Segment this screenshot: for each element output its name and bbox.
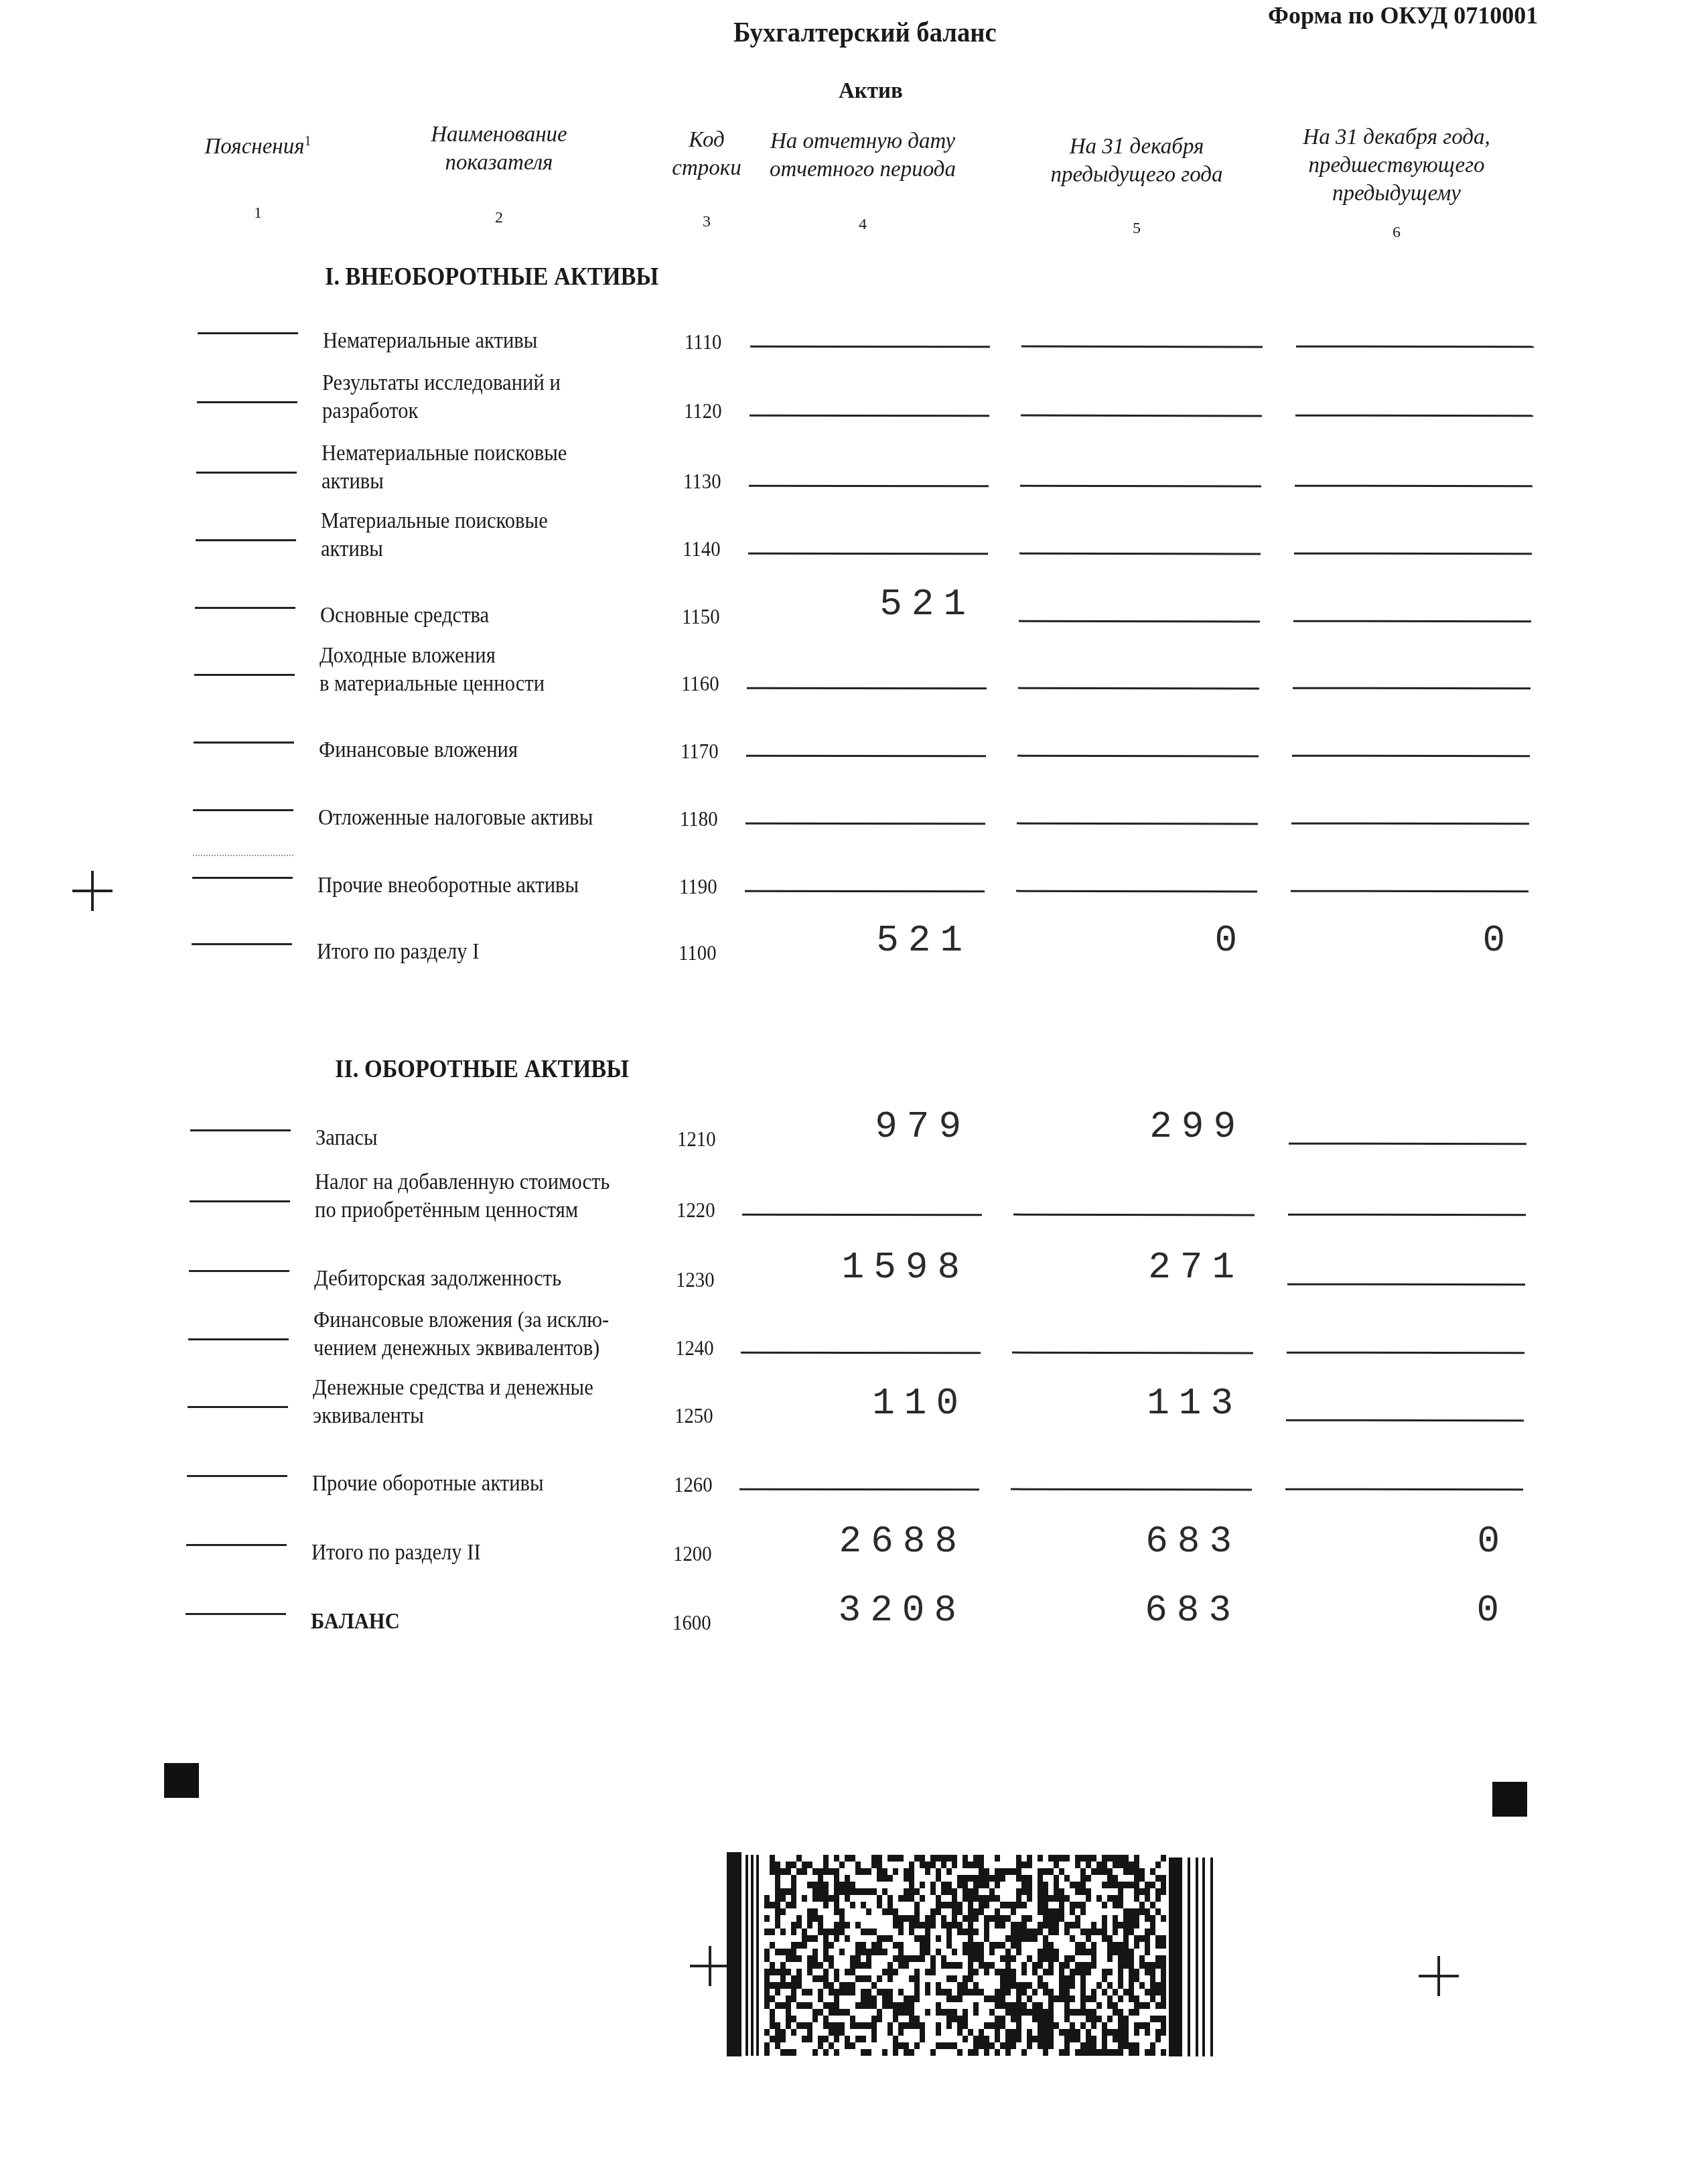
cell-current-empty[interactable] — [742, 1214, 982, 1216]
column-number: 1 — [244, 204, 271, 222]
row-label-line: Налог на добавленную стоимость — [315, 1168, 610, 1196]
cell-prev[interactable]: 299 — [843, 1105, 1245, 1148]
crosshair-icon — [690, 1946, 730, 1986]
cell-prev2-empty[interactable] — [1295, 415, 1533, 417]
dotted-separator — [193, 855, 293, 856]
row-label-line: по приобретённым ценностям — [315, 1196, 610, 1224]
cell-current-empty[interactable] — [746, 755, 986, 758]
row-label-line: активы — [322, 468, 567, 496]
row-code: 1240 — [675, 1336, 714, 1360]
row-label-line: Запасы — [315, 1124, 378, 1152]
row-code: 1170 — [681, 739, 719, 764]
row-label-line: разработок — [322, 397, 561, 425]
explanation-field[interactable] — [190, 1200, 290, 1202]
explanation-field[interactable] — [198, 332, 298, 334]
row-label: Нематериальные поисковыеактивы — [322, 439, 567, 496]
row-code: 1130 — [683, 469, 721, 494]
row-label-line: активы — [321, 535, 548, 563]
explanation-field[interactable] — [196, 539, 296, 541]
cell-prev-empty[interactable] — [1019, 620, 1260, 623]
cell-prev2-empty[interactable] — [1291, 890, 1528, 893]
row-label-line: Основные средства — [320, 602, 489, 630]
column-header-6: На 31 декабря года,предшествующегопредыд… — [1229, 123, 1564, 208]
cell-prev2[interactable]: 0 — [1107, 1589, 1508, 1632]
cell-prev-empty[interactable] — [1021, 346, 1263, 348]
cell-prev2-empty[interactable] — [1294, 553, 1532, 555]
cell-prev2-empty[interactable] — [1293, 620, 1531, 623]
row-label: Денежные средства и денежныеэквиваленты — [313, 1374, 593, 1430]
row-code: 1140 — [683, 537, 721, 561]
cell-prev2-empty[interactable] — [1293, 687, 1531, 690]
form-okud-code: Форма по ОКУД 0710001 — [1268, 1, 1538, 29]
cell-prev-empty[interactable] — [1016, 890, 1257, 893]
explanation-field[interactable] — [193, 809, 293, 811]
row-code: 1220 — [677, 1198, 715, 1222]
cell-current-empty[interactable] — [747, 687, 987, 690]
row-label-line: Прочие внеоборотные активы — [317, 871, 579, 900]
cell-prev2-empty[interactable] — [1288, 1214, 1526, 1216]
row-label: Финансовые вложения — [319, 736, 518, 764]
row-label: Результаты исследований иразработок — [322, 369, 561, 425]
row-label: Итого по разделу I — [317, 938, 479, 966]
row-label: Финансовые вложения (за исклю-чением ден… — [313, 1306, 609, 1362]
cell-prev[interactable]: 113 — [841, 1382, 1242, 1425]
row-code: 1160 — [681, 671, 719, 696]
footnote-marker: 1 — [305, 134, 311, 149]
cell-prev2-empty[interactable] — [1291, 823, 1529, 825]
row-code: 1180 — [680, 807, 718, 831]
cell-current-empty[interactable] — [750, 346, 990, 348]
cell-prev-empty[interactable] — [1017, 823, 1258, 825]
explanation-field[interactable] — [190, 1129, 291, 1131]
column-header-line: предшествующего — [1229, 151, 1564, 180]
cell-prev2[interactable]: 0 — [1113, 919, 1514, 962]
explanation-field[interactable] — [197, 401, 297, 403]
cell-prev-empty[interactable] — [1011, 1488, 1252, 1491]
explanation-field[interactable] — [194, 742, 294, 744]
explanation-field[interactable] — [195, 607, 295, 609]
cell-prev-empty[interactable] — [1021, 415, 1262, 417]
row-code: 1110 — [685, 330, 721, 354]
square-marker-icon — [164, 1763, 199, 1798]
row-label-line: чением денежных эквивалентов) — [313, 1334, 609, 1362]
cell-current-empty[interactable] — [741, 1352, 981, 1354]
row-label-line: Материальные поисковые — [321, 507, 548, 535]
section-heading: I. ВНЕОБОРОТНЫЕ АКТИВЫ — [325, 263, 658, 291]
row-label-line: Нематериальные активы — [323, 327, 537, 355]
section-heading: II. ОБОРОТНЫЕ АКТИВЫ — [335, 1055, 629, 1084]
row-label: Материальные поисковыеактивы — [321, 507, 548, 563]
column-number: 5 — [1123, 220, 1150, 238]
row-label: Прочие оборотные активы — [312, 1470, 544, 1498]
document-subtitle: Актив — [839, 79, 903, 104]
row-label-line: Доходные вложения — [319, 642, 545, 670]
row-code: 1120 — [684, 399, 722, 423]
cell-prev2-empty[interactable] — [1292, 755, 1530, 758]
column-number: 6 — [1383, 224, 1410, 242]
cell-prev-empty[interactable] — [1019, 553, 1261, 555]
cell-prev2-empty[interactable] — [1286, 1419, 1524, 1422]
cell-prev2-empty[interactable] — [1289, 1143, 1526, 1145]
row-label: Итого по разделу II — [311, 1539, 481, 1567]
row-label-line: Финансовые вложения (за исклю- — [313, 1306, 609, 1334]
row-label: Доходные вложенияв материальные ценности — [319, 642, 545, 698]
row-label-line: Нематериальные поисковые — [322, 439, 567, 468]
cell-prev2-empty[interactable] — [1287, 1283, 1525, 1286]
row-label-line: Финансовые вложения — [319, 736, 518, 764]
cell-prev-empty[interactable] — [1020, 485, 1261, 488]
row-code: 1190 — [679, 874, 717, 899]
square-marker-icon — [1492, 1782, 1527, 1817]
explanation-field[interactable] — [188, 1338, 289, 1340]
pdf417-barcode-icon — [727, 1852, 1236, 2056]
cell-prev2-empty[interactable] — [1285, 1488, 1523, 1491]
row-code: 1260 — [674, 1472, 713, 1497]
explanation-field[interactable] — [188, 1406, 288, 1408]
cell-current-empty[interactable] — [750, 415, 989, 417]
explanation-field[interactable] — [187, 1475, 287, 1477]
explanation-field[interactable] — [192, 943, 292, 945]
column-number: 4 — [849, 216, 876, 234]
row-label-line: Дебиторская задолженность — [314, 1265, 561, 1293]
row-label: Дебиторская задолженность — [314, 1265, 561, 1293]
cell-prev2[interactable]: 0 — [1107, 1520, 1509, 1563]
cell-prev[interactable]: 271 — [842, 1246, 1244, 1289]
row-label: Нематериальные активы — [323, 327, 537, 355]
explanation-field[interactable] — [194, 674, 295, 676]
cell-prev2-empty[interactable] — [1296, 346, 1534, 348]
row-label-line: Результаты исследований и — [322, 369, 561, 397]
cell-current-empty[interactable] — [745, 823, 985, 825]
crosshair-icon — [1419, 1956, 1459, 1996]
column-number: 2 — [486, 209, 512, 227]
row-label-line: Денежные средства и денежные — [313, 1374, 593, 1402]
column-number: 3 — [693, 213, 720, 231]
cell-current-empty[interactable] — [749, 485, 989, 488]
column-header-line: На 31 декабря года, — [1229, 123, 1564, 151]
row-label-line: Прочие оборотные активы — [312, 1470, 544, 1498]
explanation-field[interactable] — [189, 1270, 289, 1272]
row-label-line: Итого по разделу I — [317, 938, 479, 966]
row-label-line: в материальные ценности — [319, 670, 545, 698]
cell-prev-empty[interactable] — [1013, 1214, 1255, 1216]
row-label: Основные средства — [320, 602, 489, 630]
row-label: Отложенные налоговые активы — [318, 804, 593, 832]
explanation-field[interactable] — [192, 877, 293, 879]
cell-current-empty[interactable] — [748, 553, 988, 555]
cell-current-empty[interactable] — [739, 1488, 979, 1491]
row-label: Налог на добавленную стоимостьпо приобре… — [315, 1168, 610, 1224]
cell-prev2-empty[interactable] — [1295, 485, 1533, 488]
row-label-line: Отложенные налоговые активы — [318, 804, 593, 832]
row-label: БАЛАНС — [311, 1608, 400, 1636]
document-title: Бухгалтерский баланс — [733, 17, 997, 49]
crosshair-icon — [72, 871, 113, 911]
row-label: Запасы — [315, 1124, 378, 1152]
row-label-line: эквиваленты — [313, 1402, 593, 1430]
row-label: Прочие внеоборотные активы — [317, 871, 579, 900]
cell-prev-empty[interactable] — [1017, 755, 1259, 758]
explanation-field[interactable] — [186, 1613, 286, 1615]
row-label-line: Итого по разделу II — [311, 1539, 481, 1567]
cell-current-empty[interactable] — [745, 890, 985, 893]
cell-prev2-empty[interactable] — [1287, 1352, 1524, 1354]
cell-prev-empty[interactable] — [1012, 1352, 1253, 1354]
explanation-field[interactable] — [186, 1544, 287, 1546]
cell-current[interactable]: 521 — [573, 583, 975, 626]
cell-prev-empty[interactable] — [1018, 687, 1259, 690]
column-header-line: предыдущему — [1229, 180, 1564, 208]
row-label-line: БАЛАНС — [311, 1608, 400, 1636]
explanation-field[interactable] — [196, 472, 297, 474]
